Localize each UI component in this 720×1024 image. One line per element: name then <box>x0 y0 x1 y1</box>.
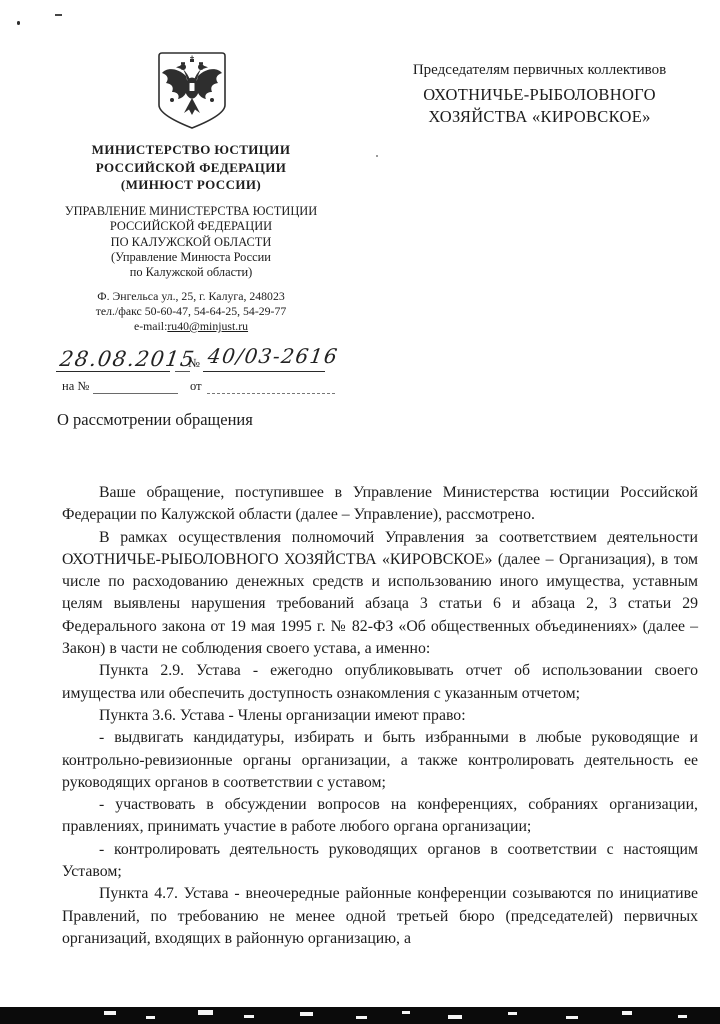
scan-speck <box>376 155 378 157</box>
ministry-line: РОССИЙСКОЙ ФЕДЕРАЦИИ <box>30 159 352 177</box>
reply-number-blank <box>93 380 178 394</box>
recipient-line: ОХОТНИЧЬЕ-РЫБОЛОВНОГО <box>377 84 702 106</box>
body-paragraph: Пункта 2.9. Устава - ежегодно опубликовы… <box>62 660 698 705</box>
department-line: по Калужской области) <box>30 265 352 280</box>
recipient-block: Председателям первичных коллективов ОХОТ… <box>377 60 702 128</box>
recipient-line: Председателям первичных коллективов <box>377 60 702 80</box>
number-label: № <box>188 356 200 371</box>
reply-date-blank <box>207 380 335 394</box>
email-line: e-mail:ru40@minjust.ru <box>30 319 352 334</box>
scan-speck <box>17 21 20 25</box>
body-paragraph: В рамках осуществления полномочий Управл… <box>62 527 698 661</box>
recipient-line: ХОЗЯЙСТВА «КИРОВСКОЕ» <box>377 106 702 128</box>
body-paragraph: - контролировать деятельность руководящи… <box>62 839 698 884</box>
department-line: УПРАВЛЕНИЕ МИНИСТЕРСТВА ЮСТИЦИИ <box>30 204 352 219</box>
contact-block: Ф. Энгельса ул., 25, г. Калуга, 248023 т… <box>30 289 352 334</box>
body-paragraph: Ваше обращение, поступившее в Управление… <box>62 482 698 527</box>
ministry-line: (МИНЮСТ РОССИИ) <box>30 176 352 194</box>
phone-fax: тел./факс 50-60-47, 54-64-25, 54-29-77 <box>30 304 352 319</box>
reply-to-number-label: на № <box>62 379 89 394</box>
subject-line: О рассмотрении обращения <box>57 410 253 430</box>
department-line: (Управление Минюста России <box>30 250 352 265</box>
scanned-letter-page: МИНИСТЕРСТВО ЮСТИЦИИ РОССИЙСКОЙ ФЕДЕРАЦИ… <box>0 0 720 1024</box>
photocopy-edge-artifact <box>0 1007 720 1024</box>
department-title: УПРАВЛЕНИЕ МИНИСТЕРСТВА ЮСТИЦИИ РОССИЙСК… <box>30 204 352 280</box>
body-paragraph: - выдвигать кандидатуры, избирать и быть… <box>62 727 698 794</box>
letter-body: Ваше обращение, поступившее в Управление… <box>62 482 698 950</box>
number-underline <box>203 357 325 372</box>
email-address: ru40@minjust.ru <box>167 319 248 333</box>
body-paragraph: - участвовать в обсуждении вопросов на к… <box>62 794 698 839</box>
ministry-title: МИНИСТЕРСТВО ЮСТИЦИИ РОССИЙСКОЙ ФЕДЕРАЦИ… <box>30 141 352 194</box>
russia-coat-of-arms-icon <box>155 50 229 132</box>
email-prefix: e-mail: <box>134 319 167 333</box>
date-underline <box>56 357 170 372</box>
postal-address: Ф. Энгельса ул., 25, г. Калуга, 248023 <box>30 289 352 304</box>
department-line: ПО КАЛУЖСКОЙ ОБЛАСТИ <box>30 235 352 250</box>
department-line: РОССИЙСКОЙ ФЕДЕРАЦИИ <box>30 219 352 234</box>
ministry-line: МИНИСТЕРСТВО ЮСТИЦИИ <box>30 141 352 159</box>
reply-from-label: от <box>190 379 202 394</box>
body-paragraph: Пункта 3.6. Устава - Члены организации и… <box>62 705 698 727</box>
scan-speck <box>55 14 62 16</box>
body-paragraph: Пункта 4.7. Устава - внеочередные районн… <box>62 883 698 950</box>
